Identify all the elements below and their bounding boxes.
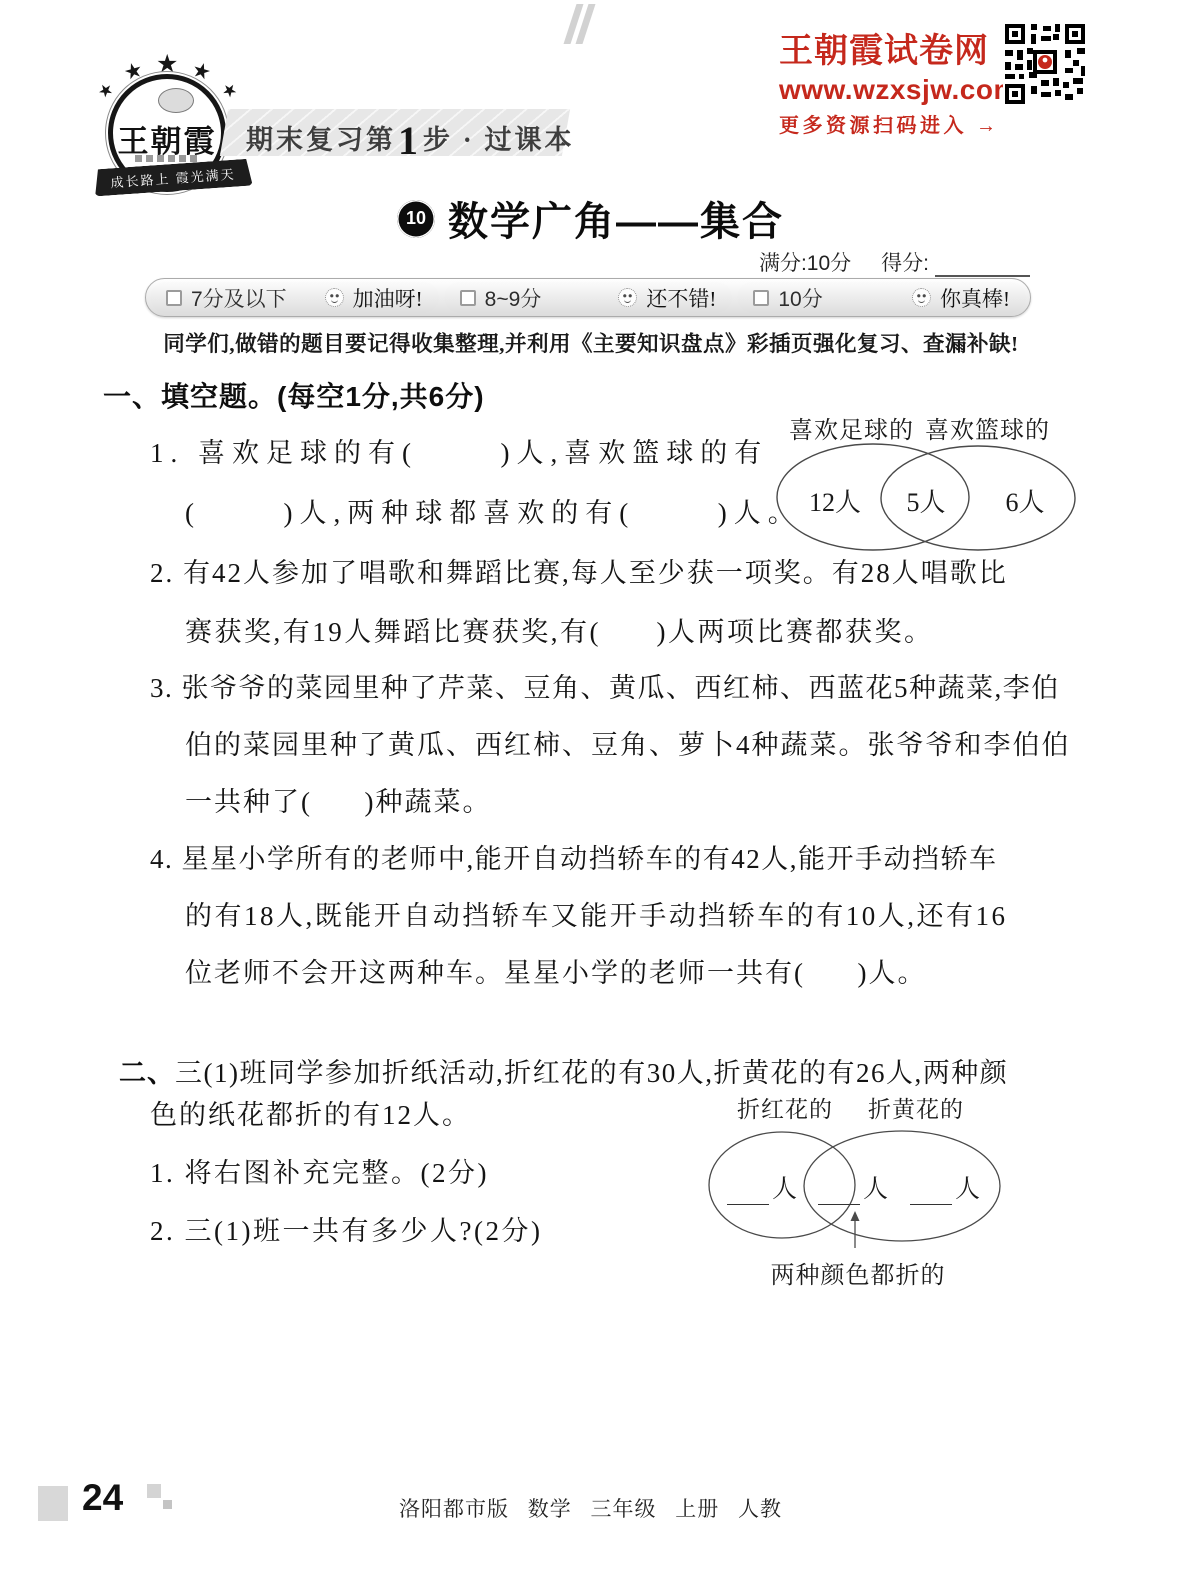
rating-comment: 加油呀!	[353, 283, 423, 313]
site-name: 王朝霞试卷网	[779, 23, 999, 72]
venn-middle-blank[interactable]: 人	[818, 1169, 888, 1205]
worksheet-page: ★ ★ ★ ★ ★ 王朝霞 成长路上 霞光满天 期末复习第1步 · 过课本 王朝…	[0, 0, 1181, 1582]
full-score-label: 满分:10分	[759, 247, 851, 277]
question-3-line: 3. 张爷爷的菜园里种了芹菜、豆角、黄瓜、西红柿、西蓝花5种蔬菜,李伯	[150, 675, 1060, 702]
rating-checkbox-mid[interactable]	[460, 290, 476, 306]
venn-left-value: 12人	[797, 482, 873, 519]
rating-segment-high: 10分 你真棒!	[737, 282, 1026, 313]
rating-segment-mid: 8~9分 还不错!	[444, 282, 733, 313]
badge-small-text-decoration	[135, 155, 199, 162]
banner-step-number: 1	[398, 125, 421, 157]
rating-segment-low: 7分及以下 加油呀!	[150, 282, 439, 313]
footer-edition-info: 洛阳都市版 数学 三年级 上册 人教	[0, 1493, 1181, 1523]
question-3-line: 伯的菜园里种了黄瓜、西红柿、豆角、萝卜4种蔬菜。张爷爷和李伯伯	[185, 732, 1071, 759]
question-2-line: 2. 有42人参加了唱歌和舞蹈比赛,每人至少获一项奖。有28人唱歌比	[150, 560, 1008, 587]
score-line: 满分:10分 得分:	[759, 247, 1030, 277]
rating-score-label: 10分	[778, 283, 822, 313]
venn-right-value: 6人	[989, 482, 1061, 519]
badge-ribbon-text: 成长路上 霞光满天	[110, 164, 236, 192]
rating-comment: 你真棒!	[940, 283, 1010, 313]
question-4-line: 的有18人,既能开自动挡轿车又能开手动挡轿车的有10人,还有16	[185, 903, 1008, 930]
question-3-line: 一共种了( )种蔬菜。	[185, 789, 491, 816]
star-icon: ★	[219, 79, 241, 101]
venn-right-blank[interactable]: 人	[910, 1169, 980, 1205]
venn-left-label: 喜欢足球的	[789, 410, 914, 445]
score-label: 得分:	[881, 247, 929, 277]
step-banner: 期末复习第1步 · 过课本	[224, 109, 566, 156]
qr-code	[1003, 22, 1087, 106]
score-blank-field[interactable]	[935, 257, 1030, 277]
rating-checkbox-high[interactable]	[753, 290, 769, 306]
section-two-text: 三(1)班同学参加折纸活动,折红花的有30人,折黄花的有26人,两种颜	[175, 1058, 1008, 1088]
portrait-icon	[158, 88, 194, 113]
unit-title-row: 10 数学广角——集合	[0, 190, 1181, 247]
section-two-item-1: 1. 将右图补充完整。(2分)	[150, 1160, 489, 1187]
unit-label: 人	[955, 1169, 980, 1205]
smiley-face-icon	[912, 288, 931, 307]
question-4-line: 4. 星星小学所有的老师中,能开自动挡轿车的有42人,能开手动挡轿车	[150, 846, 998, 873]
question-2-line: 赛获奖,有19人舞蹈比赛获奖,有( )人两项比赛都获奖。	[185, 619, 933, 646]
unit-label: 人	[863, 1169, 888, 1205]
smiley-face-icon	[325, 288, 344, 307]
venn-diagram-balls: 喜欢足球的 喜欢篮球的 12人 5人 6人	[757, 402, 1082, 560]
banner-suffix: 步 · 过课本	[423, 118, 575, 157]
site-url: www.wzxsjw.com	[779, 74, 999, 106]
rating-checkbox-low[interactable]	[166, 290, 182, 306]
section-one-heading: 一、填空题。(每空1分,共6分)	[103, 383, 485, 411]
venn-middle-value: 5人	[895, 482, 957, 519]
venn-intersection-label: 两种颜色都折的	[758, 1255, 958, 1290]
teacher-notice: 同学们,做错的题目要记得收集整理,并利用《主要知识盘点》彩插页强化复习、查漏补缺…	[150, 327, 1032, 358]
section-two-item-2: 2. 三(1)班一共有多少人?(2分)	[150, 1218, 542, 1245]
site-promo-block: 王朝霞试卷网 www.wzxsjw.com 更多资源扫码进入 →	[779, 23, 999, 138]
rating-comment: 还不错!	[646, 283, 716, 313]
self-rating-bar: 7分及以下 加油呀! 8~9分 还不错! 10分 你真棒!	[145, 278, 1031, 317]
question-4-line: 位老师不会开这两种车。星星小学的老师一共有( )人。	[185, 960, 926, 987]
site-tagline: 更多资源扫码进入 →	[779, 109, 999, 138]
star-icon: ★	[95, 79, 117, 101]
venn-right-label: 折黄花的	[868, 1091, 964, 1124]
section-two-prefix: 二、	[119, 1058, 175, 1088]
unit-number-badge: 10	[397, 200, 435, 238]
smiley-face-icon	[618, 288, 637, 307]
venn-right-label: 喜欢篮球的	[925, 410, 1050, 445]
rating-score-label: 7分及以下	[191, 283, 287, 313]
unit-label: 人	[772, 1169, 797, 1205]
question-1-line: ( )人,两种球都喜欢的有( )人。	[185, 500, 802, 527]
section-two-line: 色的纸花都折的有12人。	[150, 1102, 471, 1129]
page-title: 数学广角——集合	[448, 190, 784, 247]
venn-left-blank[interactable]: 人	[727, 1169, 797, 1205]
rating-score-label: 8~9分	[485, 283, 542, 313]
venn-diagram-flowers: 折红花的 折黄花的 人 人 人 两种颜色都折的	[700, 1085, 1020, 1290]
venn-left-label: 折红花的	[737, 1091, 833, 1124]
question-1-line: 1. 喜欢足球的有( )人,喜欢篮球的有	[150, 440, 768, 467]
banner-prefix: 期末复习第	[246, 118, 396, 157]
